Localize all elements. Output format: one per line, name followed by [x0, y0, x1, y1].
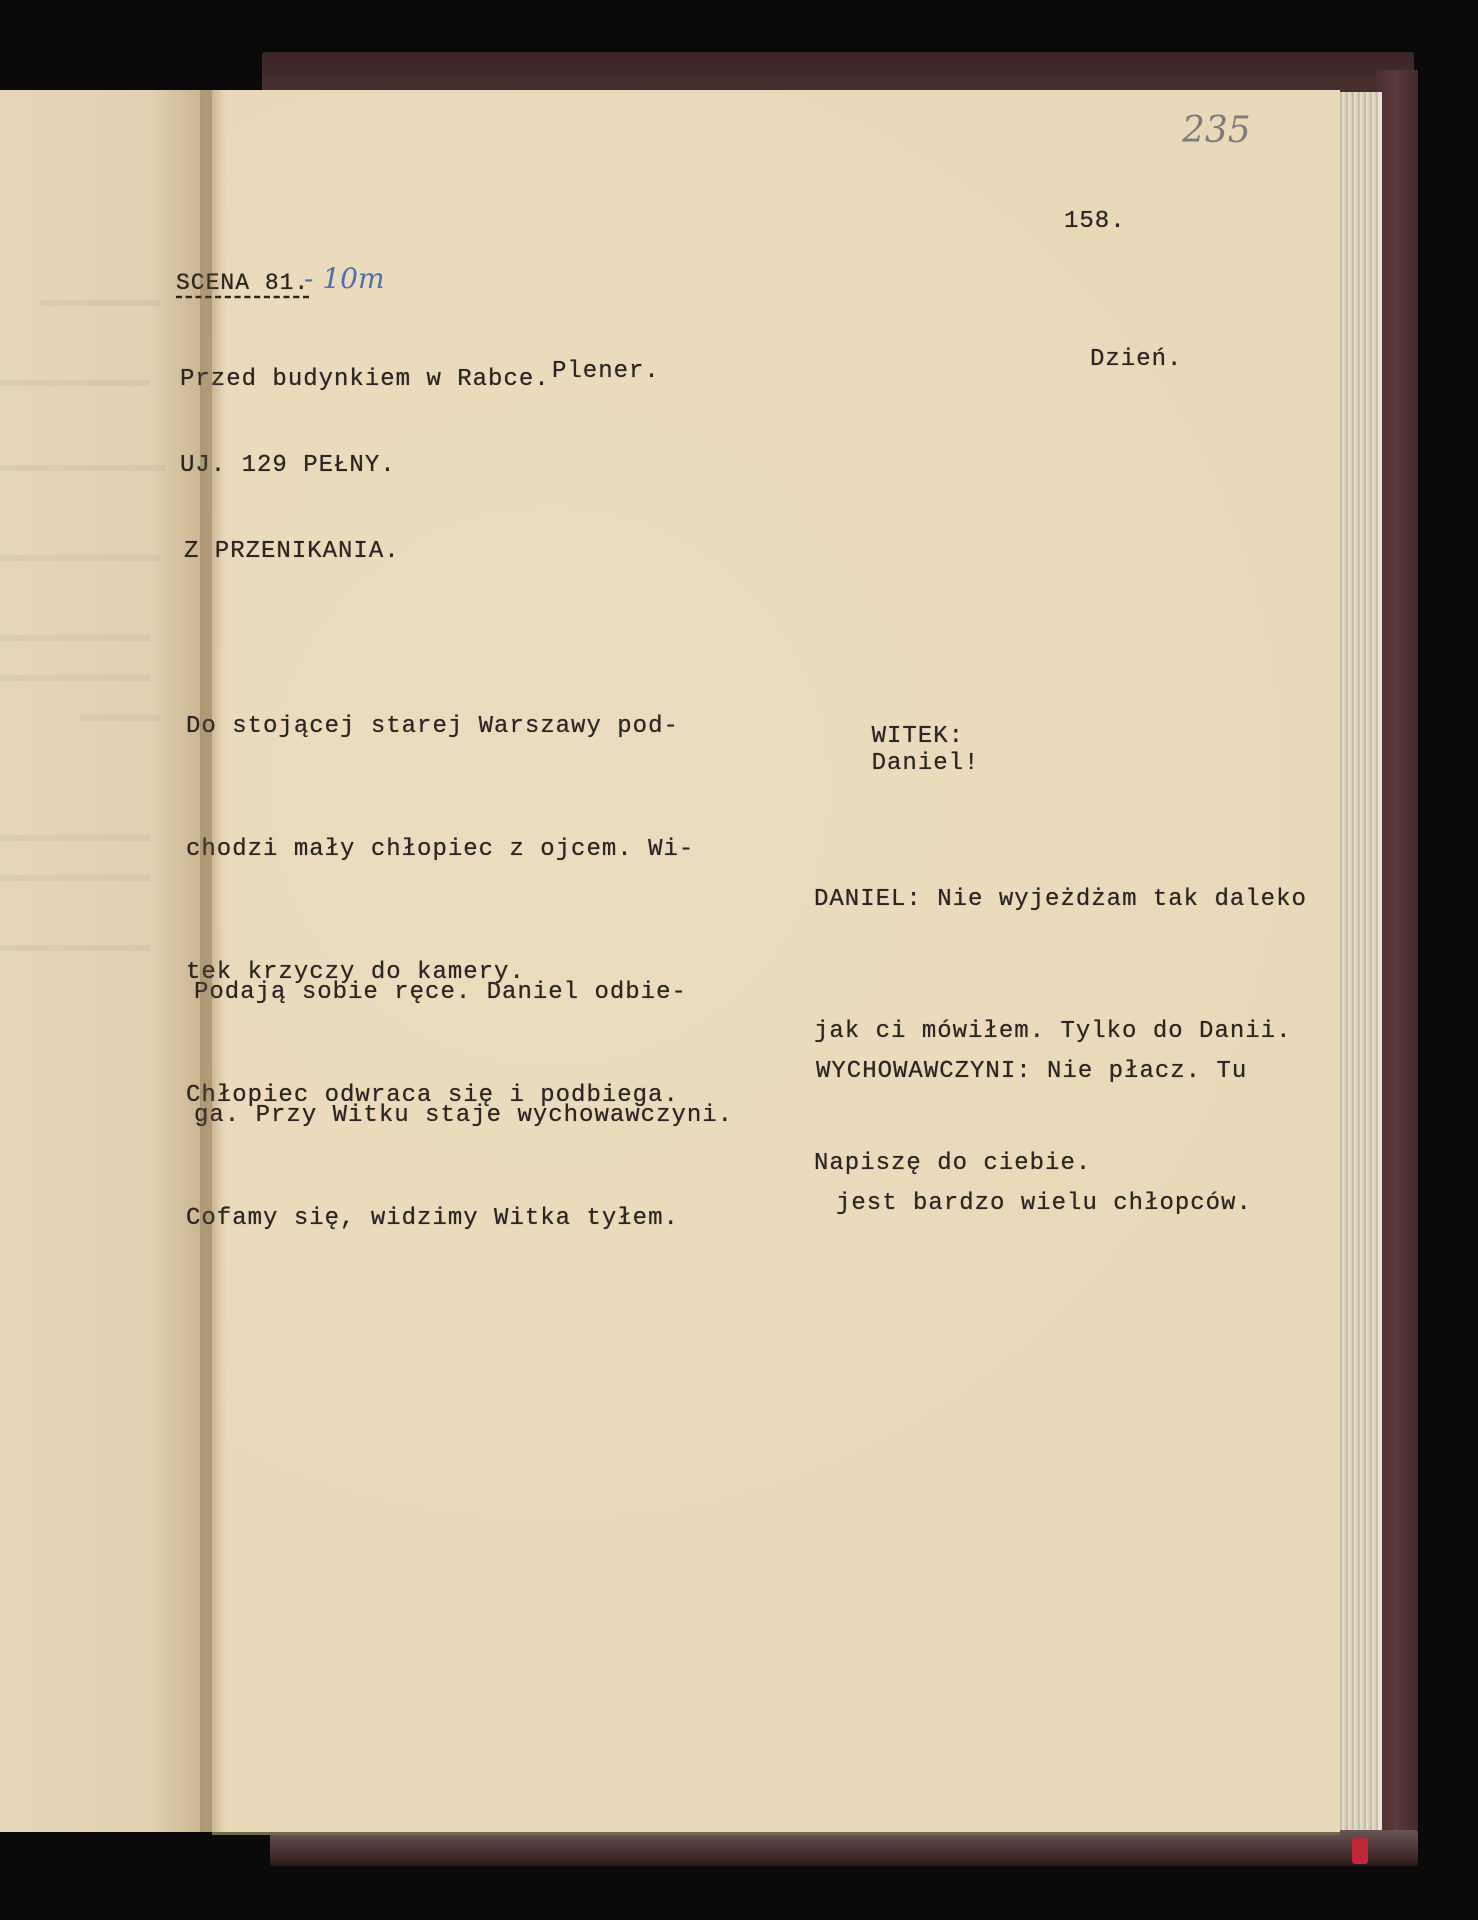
- scene-location: Przed budynkiem w Rabce.: [180, 366, 550, 393]
- book-cover-bottom: [270, 1830, 1418, 1866]
- page-edges: [1338, 92, 1382, 1830]
- page-number: 158.: [1064, 208, 1126, 235]
- dialogue-witek: WITEK: Daniel!: [810, 696, 979, 804]
- speaker-name: WYCHOWAWCZYNI:: [816, 1058, 1032, 1085]
- right-page: 235 158. SCENA 81. - 10m Przed budynkiem…: [212, 90, 1340, 1835]
- folio-number: 235: [1182, 110, 1251, 151]
- speaker-name: DANIEL:: [814, 886, 922, 913]
- dialogue-wychowawczyni: WYCHOWAWCZYNI: Nie płacz. Tu jest bardzo…: [816, 962, 1252, 1314]
- scene-setting: Plener.: [552, 358, 660, 385]
- scene-time: Dzień.: [1090, 346, 1182, 373]
- red-corner-mark: [1352, 1838, 1368, 1864]
- left-page: [0, 90, 215, 1832]
- speaker-name: WITEK:: [872, 723, 964, 750]
- scene-label: SCENA 81.: [176, 270, 309, 296]
- book-cover-right: [1376, 70, 1418, 1850]
- footage-note: - 10m: [304, 262, 385, 295]
- spine-shadow: [200, 90, 222, 1832]
- action-block-2: Podają sobie ręce. Daniel odbie- ga. Prz…: [194, 890, 733, 1218]
